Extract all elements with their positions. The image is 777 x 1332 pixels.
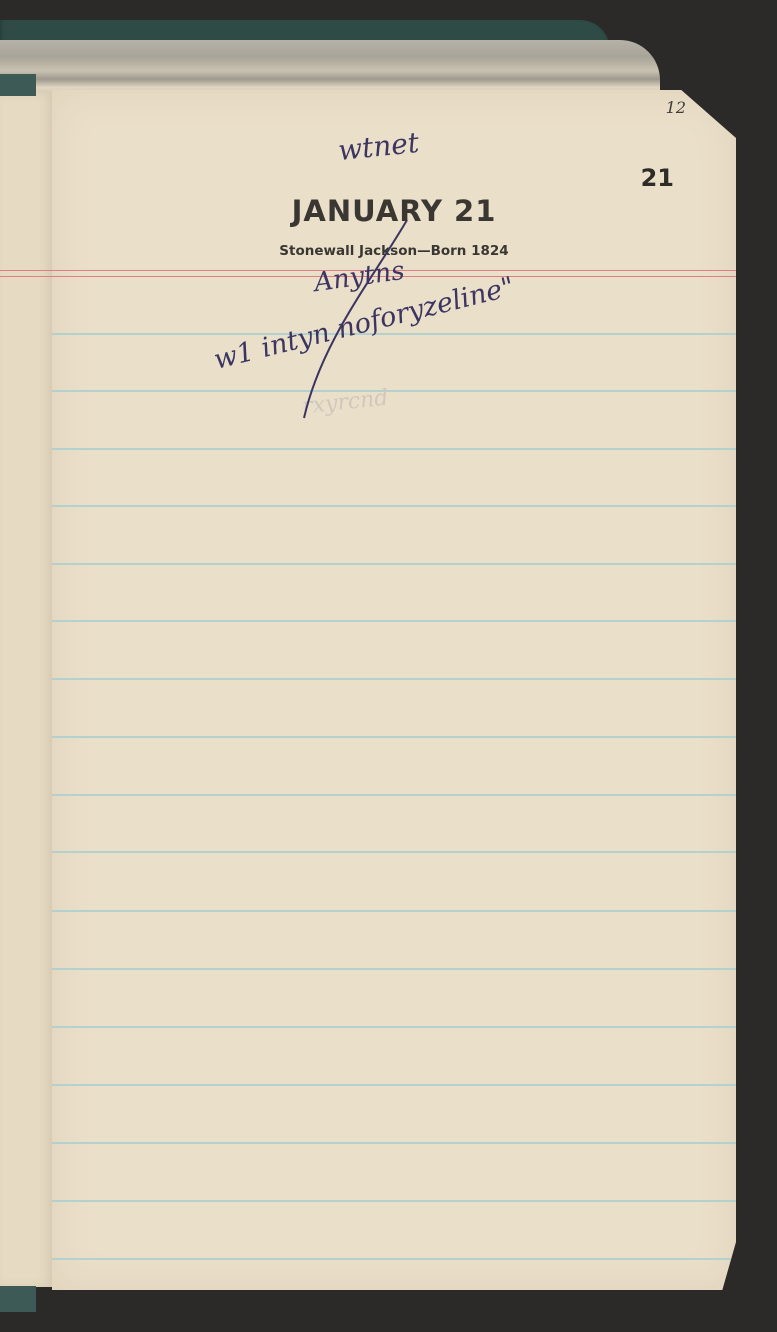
cover-tab-top — [0, 74, 36, 96]
ruled-line — [0, 678, 777, 680]
red-margin-rule — [0, 270, 54, 271]
diary-page: 12 21 wtnet JANUARY 21 Stonewall Jackson… — [52, 90, 736, 1290]
red-margin-rule — [0, 276, 54, 277]
ruled-line — [0, 851, 777, 853]
ruled-line — [0, 505, 777, 507]
ruled-line — [0, 1200, 777, 1202]
ruled-line — [0, 1258, 777, 1260]
ruled-line — [0, 968, 777, 970]
ruled-line — [0, 1084, 777, 1086]
ruled-line — [0, 794, 777, 796]
page-stack-edges — [0, 40, 660, 96]
left-page-edge — [0, 92, 56, 1287]
ruled-line — [0, 563, 777, 565]
ruled-line — [0, 1142, 777, 1144]
ruled-line — [0, 620, 777, 622]
ruled-line — [0, 910, 777, 912]
ruled-line — [0, 1026, 777, 1028]
ink-stroke-icon — [52, 90, 736, 490]
ruled-line — [0, 736, 777, 738]
cover-tab-bottom — [0, 1286, 36, 1312]
